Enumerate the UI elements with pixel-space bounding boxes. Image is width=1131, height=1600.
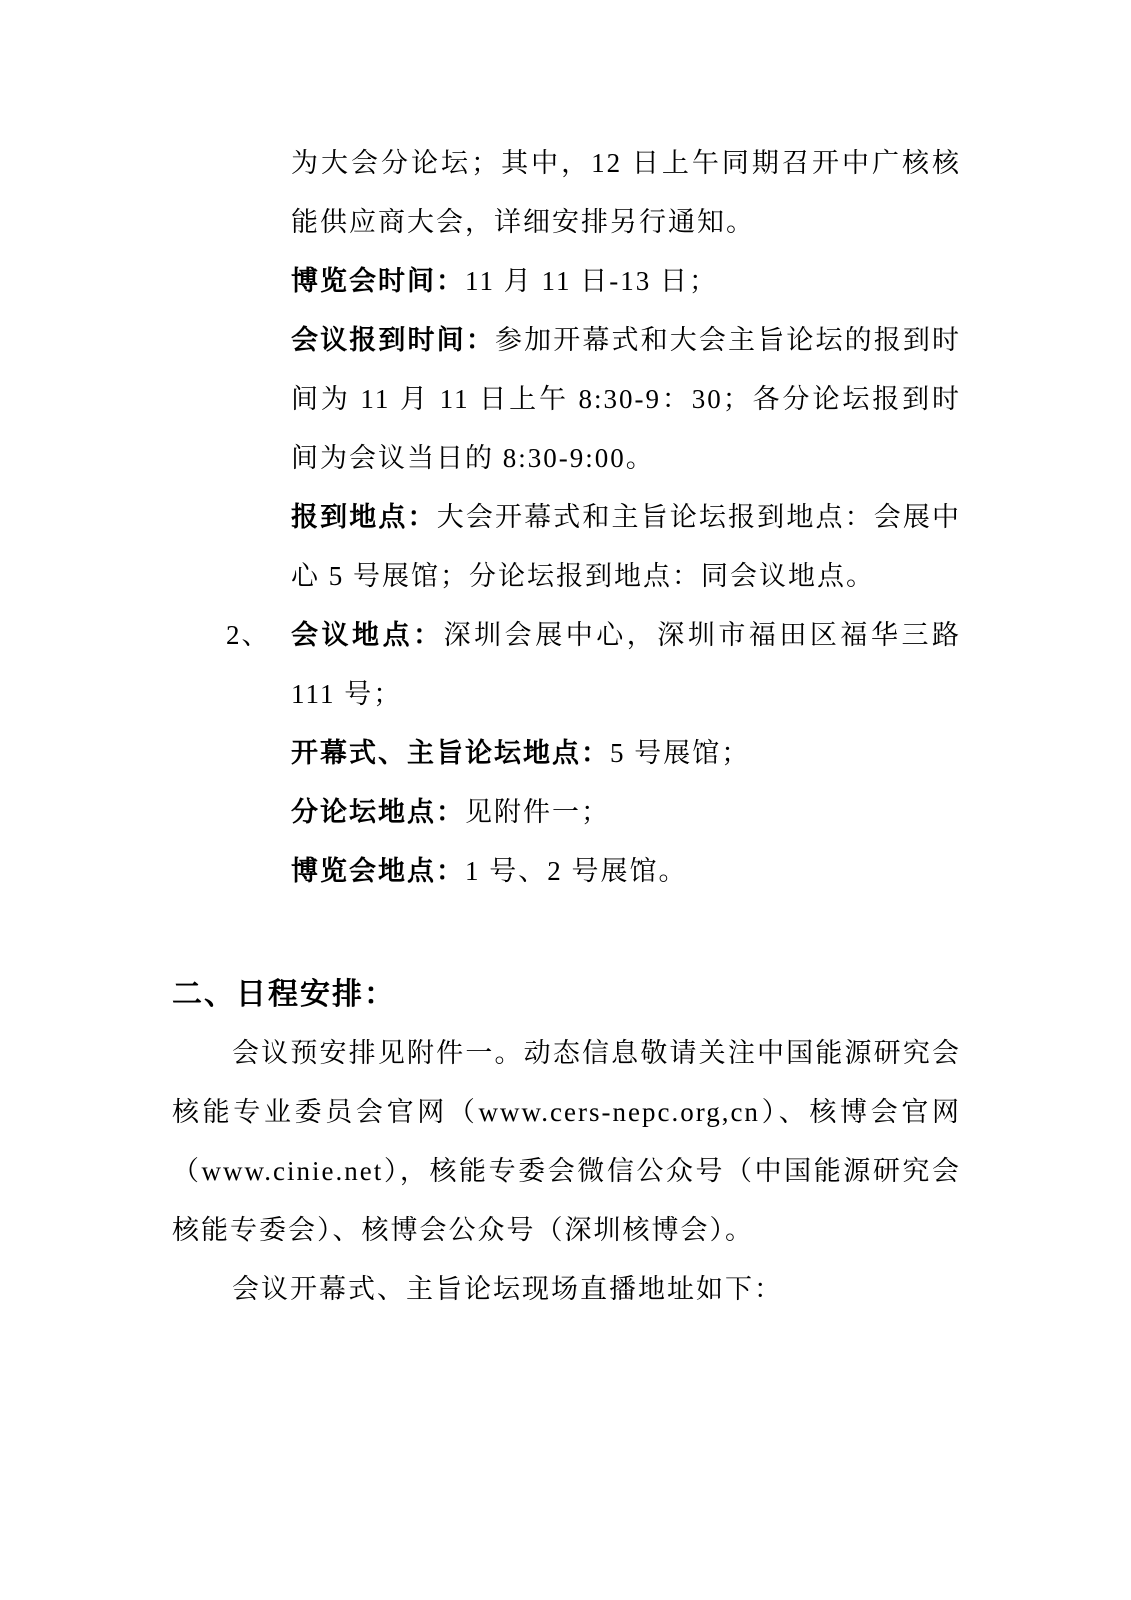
forum-venue-text: 见附件一；: [465, 797, 610, 827]
opening-venue-paragraph: 开幕式、主旨论坛地点：5 号展馆；: [291, 724, 961, 783]
registration-place-label: 报到地点：: [291, 502, 437, 532]
expo-time-text: 11 月 11 日-13 日；: [465, 266, 718, 296]
venue-paragraph: 会议地点：深圳会展中心，深圳市福田区福华三路 111 号；: [291, 606, 961, 724]
registration-time-paragraph: 会议报到时间：参加开幕式和大会主旨论坛的报到时间为 11 月 11 日上午 8:…: [291, 311, 961, 488]
expo-time-label: 博览会时间：: [291, 266, 465, 296]
registration-time-label: 会议报到时间：: [291, 325, 495, 355]
forum-venue-paragraph: 分论坛地点：见附件一；: [291, 783, 961, 842]
venue-label: 会议地点：: [291, 620, 444, 650]
registration-place-paragraph: 报到地点：大会开幕式和主旨论坛报到地点：会展中心 5 号展馆；分论坛报到地点：同…: [291, 488, 961, 606]
expo-venue-text: 1 号、2 号展馆。: [465, 856, 688, 886]
document-content: 为大会分论坛；其中，12 日上午同期召开中广核核能供应商大会，详细安排另行通知。…: [172, 134, 961, 1319]
list-item-2-body: 会议地点：深圳会展中心，深圳市福田区福华三路 111 号； 开幕式、主旨论坛地点…: [291, 606, 961, 901]
list-item-2: 2、 会议地点：深圳会展中心，深圳市福田区福华三路 111 号； 开幕式、主旨论…: [172, 606, 961, 901]
expo-time-paragraph: 博览会时间：11 月 11 日-13 日；: [291, 252, 961, 311]
item1-continuation-paragraph: 为大会分论坛；其中，12 日上午同期召开中广核核能供应商大会，详细安排另行通知。: [291, 134, 961, 252]
list-item-2-number: 2、: [226, 606, 271, 665]
schedule-section-heading: 二、日程安排：: [172, 965, 961, 1024]
expo-venue-paragraph: 博览会地点：1 号、2 号展馆。: [291, 842, 961, 901]
opening-venue-label: 开幕式、主旨论坛地点：: [291, 738, 610, 768]
live-broadcast-paragraph: 会议开幕式、主旨论坛现场直播地址如下：: [172, 1260, 961, 1319]
document-page: 为大会分论坛；其中，12 日上午同期召开中广核核能供应商大会，详细安排另行通知。…: [0, 0, 1131, 1600]
opening-venue-text: 5 号展馆；: [610, 738, 750, 768]
expo-venue-label: 博览会地点：: [291, 856, 465, 886]
schedule-info-paragraph: 会议预安排见附件一。动态信息敬请关注中国能源研究会核能专业委员会官网（www.c…: [172, 1024, 961, 1260]
forum-venue-label: 分论坛地点：: [291, 797, 465, 827]
